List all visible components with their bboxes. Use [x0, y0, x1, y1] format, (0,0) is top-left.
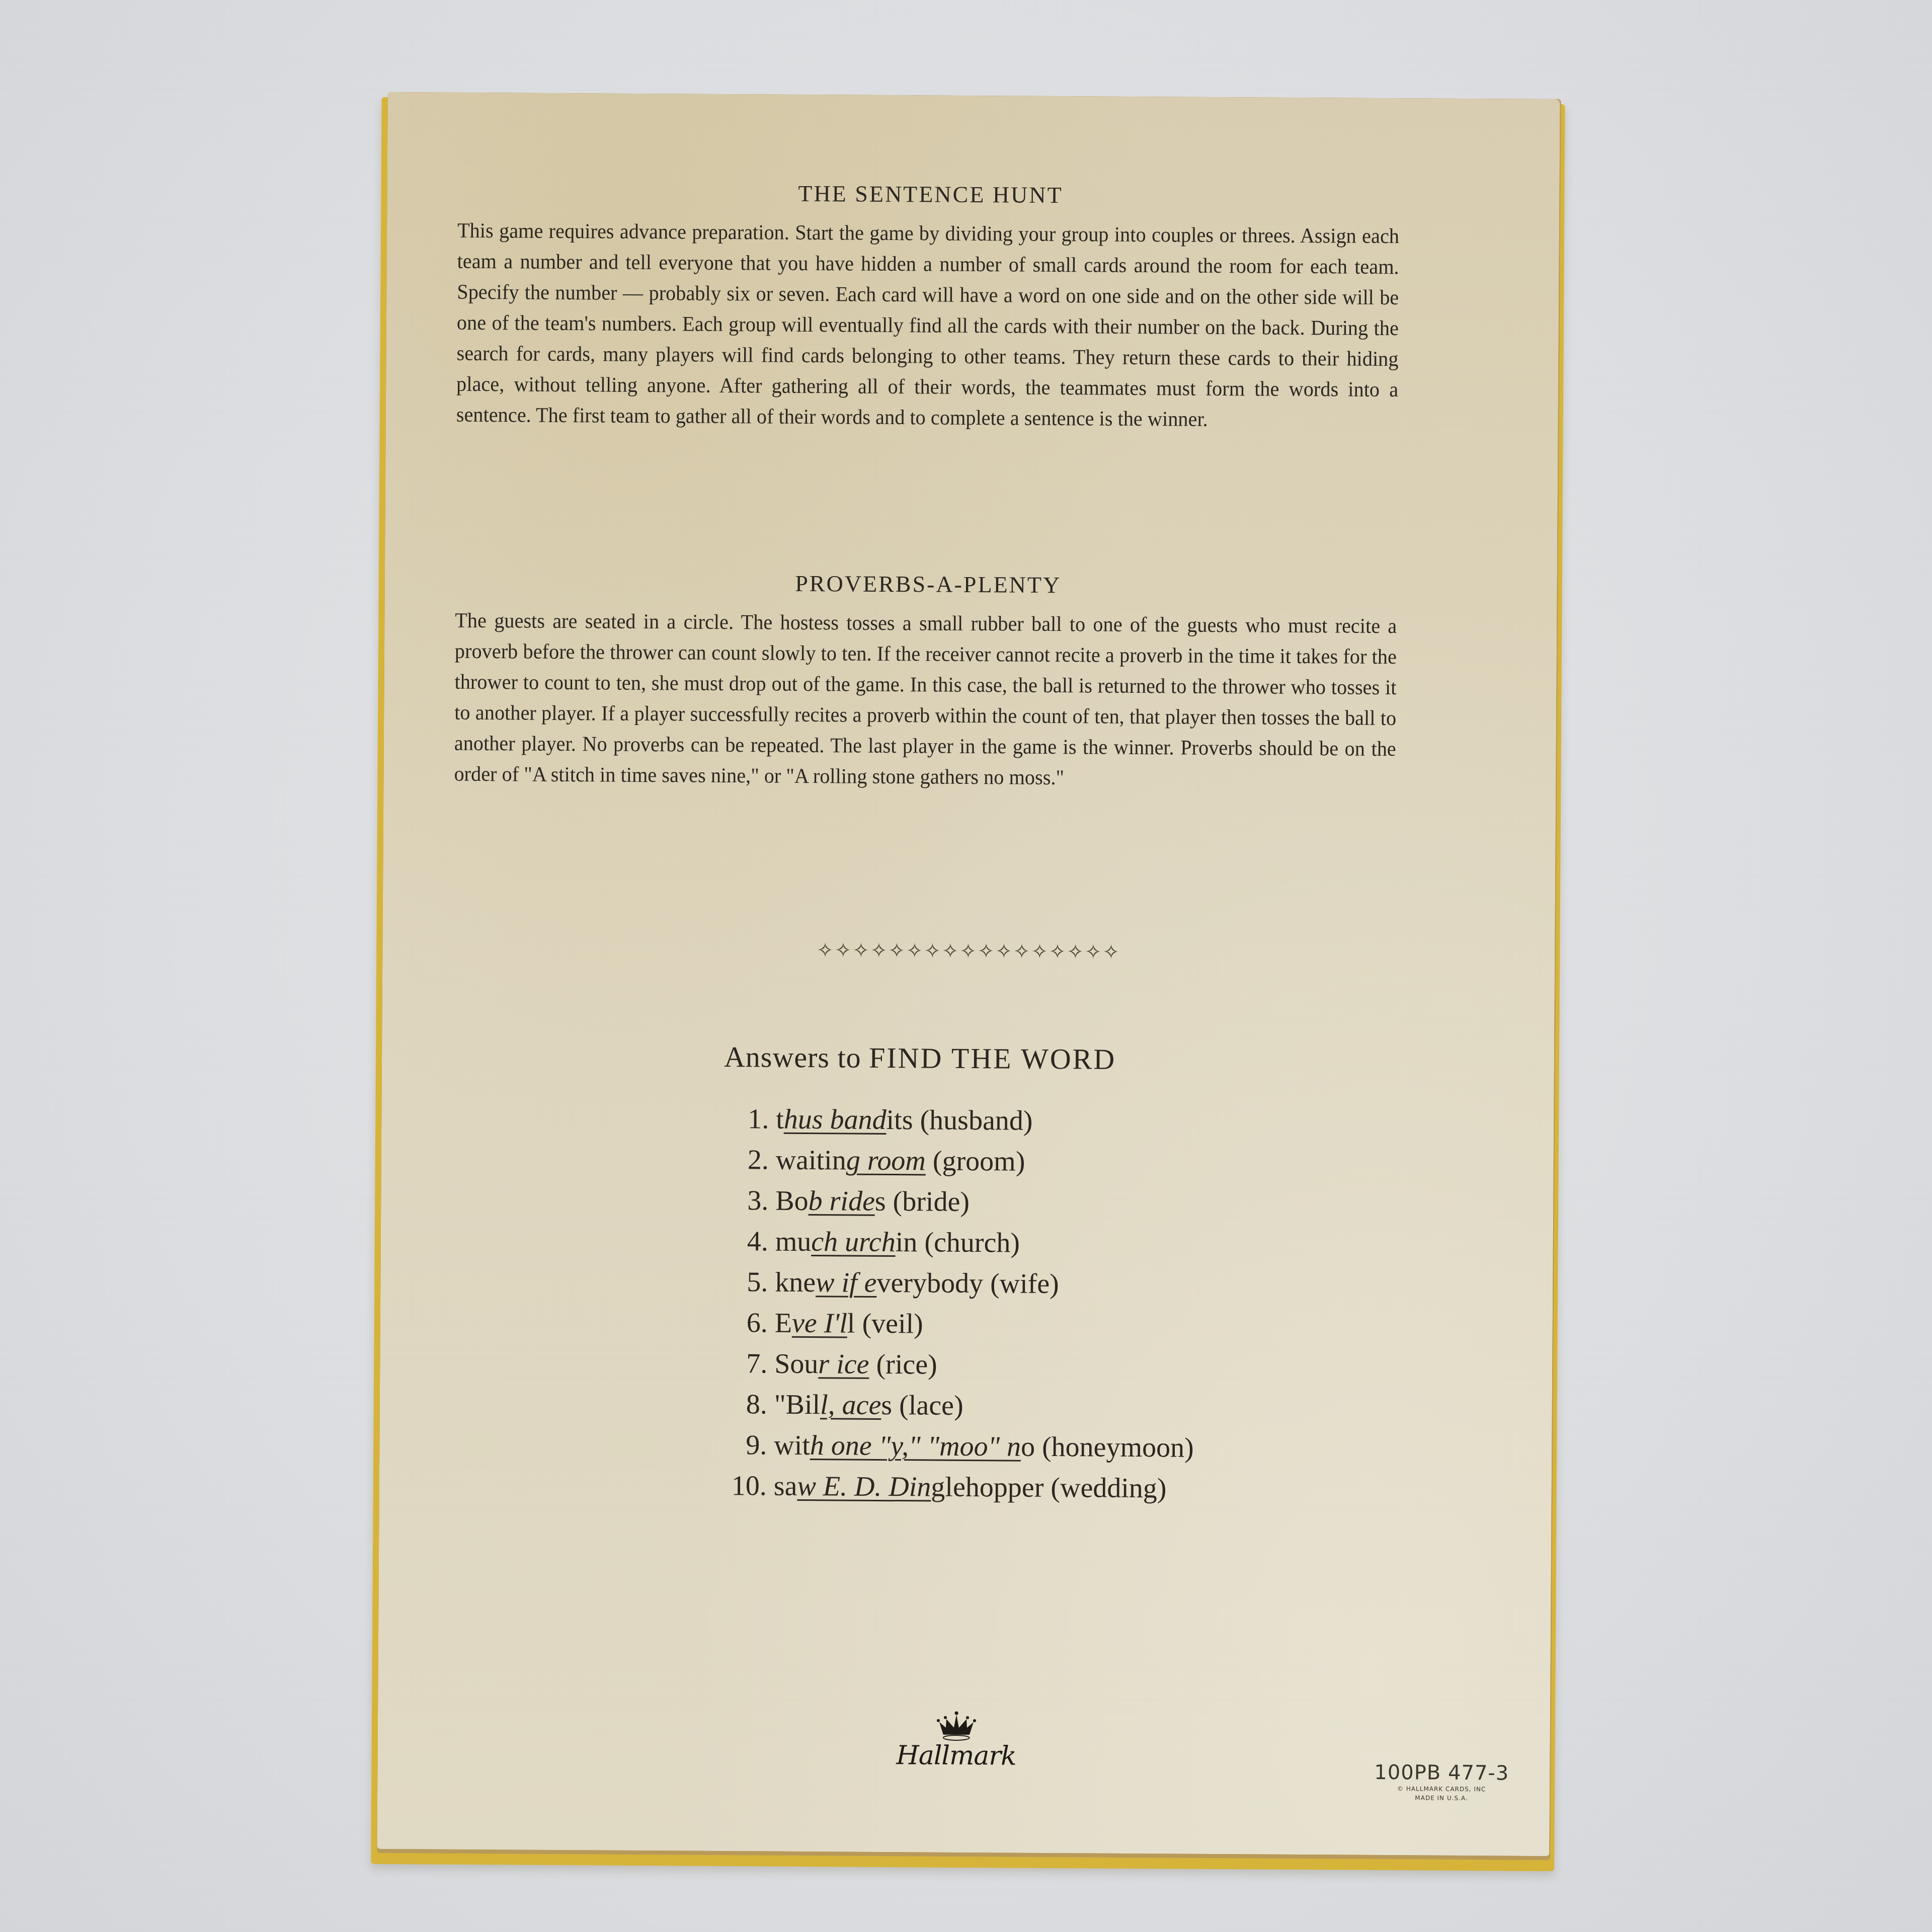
four-point-star-ornament-icon: ✧ — [852, 939, 870, 962]
answers-title-prefix: Answers to — [724, 1040, 861, 1074]
back-page: THE SENTENCE HUNT This game requires adv… — [377, 92, 1560, 1856]
answer-number: 4. — [723, 1221, 768, 1262]
four-point-star-ornament-icon: ✧ — [1085, 940, 1103, 963]
answer-phrase-end: verybody — [876, 1267, 990, 1299]
four-point-star-ornament-icon: ✧ — [1031, 940, 1049, 963]
answer-number: 1. — [723, 1099, 769, 1140]
answer-item: 9.with one "y," "moo" no (honeymoon) — [721, 1425, 1426, 1470]
answer-phrase-end: glehopper — [931, 1472, 1051, 1503]
answer-item: 8."Bill, aces (lace) — [722, 1384, 1426, 1429]
answer-hidden-word: l, ace — [820, 1389, 881, 1421]
answer-phrase-end: in — [896, 1227, 925, 1258]
answer-phrase-start: wit — [774, 1430, 810, 1461]
answer-phrase-start: sa — [774, 1471, 797, 1502]
answer-phrase-end: its — [886, 1104, 920, 1136]
four-point-star-ornament-icon: ✧ — [959, 940, 978, 963]
product-code: 100PB 477-3 — [1366, 1761, 1517, 1785]
answer-phrase-start: E — [775, 1308, 792, 1339]
crown-icon — [935, 1711, 978, 1743]
answer-phrase-start: t — [776, 1104, 784, 1135]
answer-item: 10.saw E. D. Dinglehopper (wedding) — [721, 1466, 1426, 1511]
section-title: PROVERBS-A-PLENTY — [455, 568, 1401, 600]
answer-phrase-start: "Bil — [774, 1389, 821, 1421]
answer-number: 3. — [723, 1180, 768, 1222]
answer-solution: (honeymoon) — [1042, 1431, 1194, 1464]
answer-phrase-end: s — [881, 1390, 899, 1421]
four-point-star-ornament-icon: ✧ — [942, 940, 960, 963]
answer-hidden-word: w E. D. Din — [797, 1471, 931, 1503]
four-point-star-ornament-icon: ✧ — [1049, 940, 1067, 963]
answer-list: 1.thus bandits (husband)2.waiting room (… — [721, 1099, 1428, 1511]
answer-hidden-word: ch urch — [811, 1226, 896, 1258]
answers-title: Answers to FIND THE WORD — [724, 1040, 1428, 1078]
answer-solution: (bride) — [893, 1186, 970, 1218]
answer-solution: (lace) — [899, 1390, 963, 1421]
answer-hidden-word: hus band — [784, 1104, 887, 1136]
section-body: This game requires advance preparation. … — [456, 216, 1400, 436]
answer-solution: (groom) — [933, 1146, 1025, 1177]
answers-find-the-word: Answers to FIND THE WORD 1.thus bandits … — [721, 1040, 1429, 1511]
answer-phrase-start: kne — [775, 1267, 816, 1298]
made-in-label: MADE IN U.S.A. — [1366, 1793, 1517, 1803]
four-point-star-ornament-icon: ✧ — [1067, 940, 1085, 963]
answer-number: 5. — [722, 1262, 768, 1303]
answer-phrase-end — [926, 1145, 933, 1176]
answer-number: 8. — [722, 1384, 767, 1425]
answer-item: 2.waiting room (groom) — [723, 1140, 1428, 1185]
answers-title-game: FIND THE WORD — [869, 1041, 1116, 1076]
answer-item: 7.Sour ice (rice) — [722, 1343, 1426, 1389]
answer-solution: (wedding) — [1051, 1472, 1167, 1504]
answer-phrase-end: l — [847, 1308, 862, 1339]
section-proverbs-a-plenty: PROVERBS-A-PLENTY The guests are seated … — [454, 568, 1401, 795]
answer-item: 3.Bob rides (bride) — [723, 1180, 1427, 1226]
answer-solution: (veil) — [862, 1308, 923, 1340]
four-point-star-ornament-icon: ✧ — [995, 940, 1013, 963]
answer-phrase-end: s — [875, 1186, 893, 1217]
section-body: The guests are seated in a circle. The h… — [454, 606, 1397, 795]
answer-number: 2. — [723, 1140, 769, 1181]
copyright-notice: © HALLMARK CARDS, INC — [1366, 1784, 1517, 1794]
answer-solution: (church) — [924, 1227, 1020, 1258]
four-point-star-ornament-icon: ✧ — [1013, 940, 1031, 963]
section-sentence-hunt: THE SENTENCE HUNT This game requires adv… — [456, 178, 1404, 436]
four-point-star-ornament-icon: ✧ — [906, 939, 924, 962]
answer-hidden-word: h one "y," "moo" n — [810, 1430, 1021, 1463]
answer-phrase-end — [869, 1349, 876, 1380]
answer-item: 1.thus bandits (husband) — [723, 1099, 1428, 1144]
brand-wordmark: Hallmark — [880, 1740, 1031, 1772]
answer-item: 4.much urchin (church) — [723, 1221, 1427, 1266]
answer-phrase-start: Bo — [775, 1185, 809, 1217]
answer-number: 6. — [722, 1303, 768, 1344]
answer-hidden-word: g room — [846, 1145, 926, 1177]
four-point-star-ornament-icon: ✧ — [1103, 941, 1121, 964]
section-title: THE SENTENCE HUNT — [457, 178, 1403, 210]
answer-hidden-word: w if e — [816, 1267, 877, 1299]
answer-hidden-word: b ride — [808, 1185, 875, 1217]
answer-phrase-end: o — [1021, 1431, 1042, 1463]
four-point-star-ornament-icon: ✧ — [817, 939, 835, 962]
answer-solution: (wife) — [990, 1268, 1059, 1300]
four-point-star-ornament-icon: ✧ — [888, 939, 906, 962]
hallmark-logo: Hallmark — [880, 1710, 1032, 1772]
four-point-star-ornament-icon: ✧ — [835, 939, 853, 962]
answer-item: 6.Eve I'll (veil) — [722, 1303, 1427, 1348]
answer-solution: (husband) — [920, 1104, 1032, 1136]
answer-phrase-start: Sou — [774, 1348, 819, 1380]
answer-solution: (rice) — [876, 1349, 937, 1381]
answer-hidden-word: r ice — [818, 1348, 869, 1380]
answer-number: 9. — [721, 1425, 767, 1466]
answer-phrase-start: waitin — [776, 1145, 846, 1176]
ornamental-divider: ✧✧✧✧✧✧✧✧✧✧✧✧✧✧✧✧✧ — [382, 936, 1555, 967]
answer-number: 10. — [721, 1466, 767, 1507]
answer-item: 5.knew if everybody (wife) — [722, 1262, 1427, 1307]
answer-hidden-word: ve I'l — [792, 1308, 847, 1339]
answer-phrase-start: mu — [775, 1226, 812, 1257]
booklet: THE SENTENCE HUNT This game requires adv… — [377, 92, 1560, 1865]
four-point-star-ornament-icon: ✧ — [978, 940, 996, 963]
four-point-star-ornament-icon: ✧ — [870, 939, 889, 962]
four-point-star-ornament-icon: ✧ — [924, 939, 942, 962]
product-code-block: 100PB 477-3 © HALLMARK CARDS, INC MADE I… — [1366, 1761, 1517, 1803]
answer-number: 7. — [722, 1343, 767, 1385]
